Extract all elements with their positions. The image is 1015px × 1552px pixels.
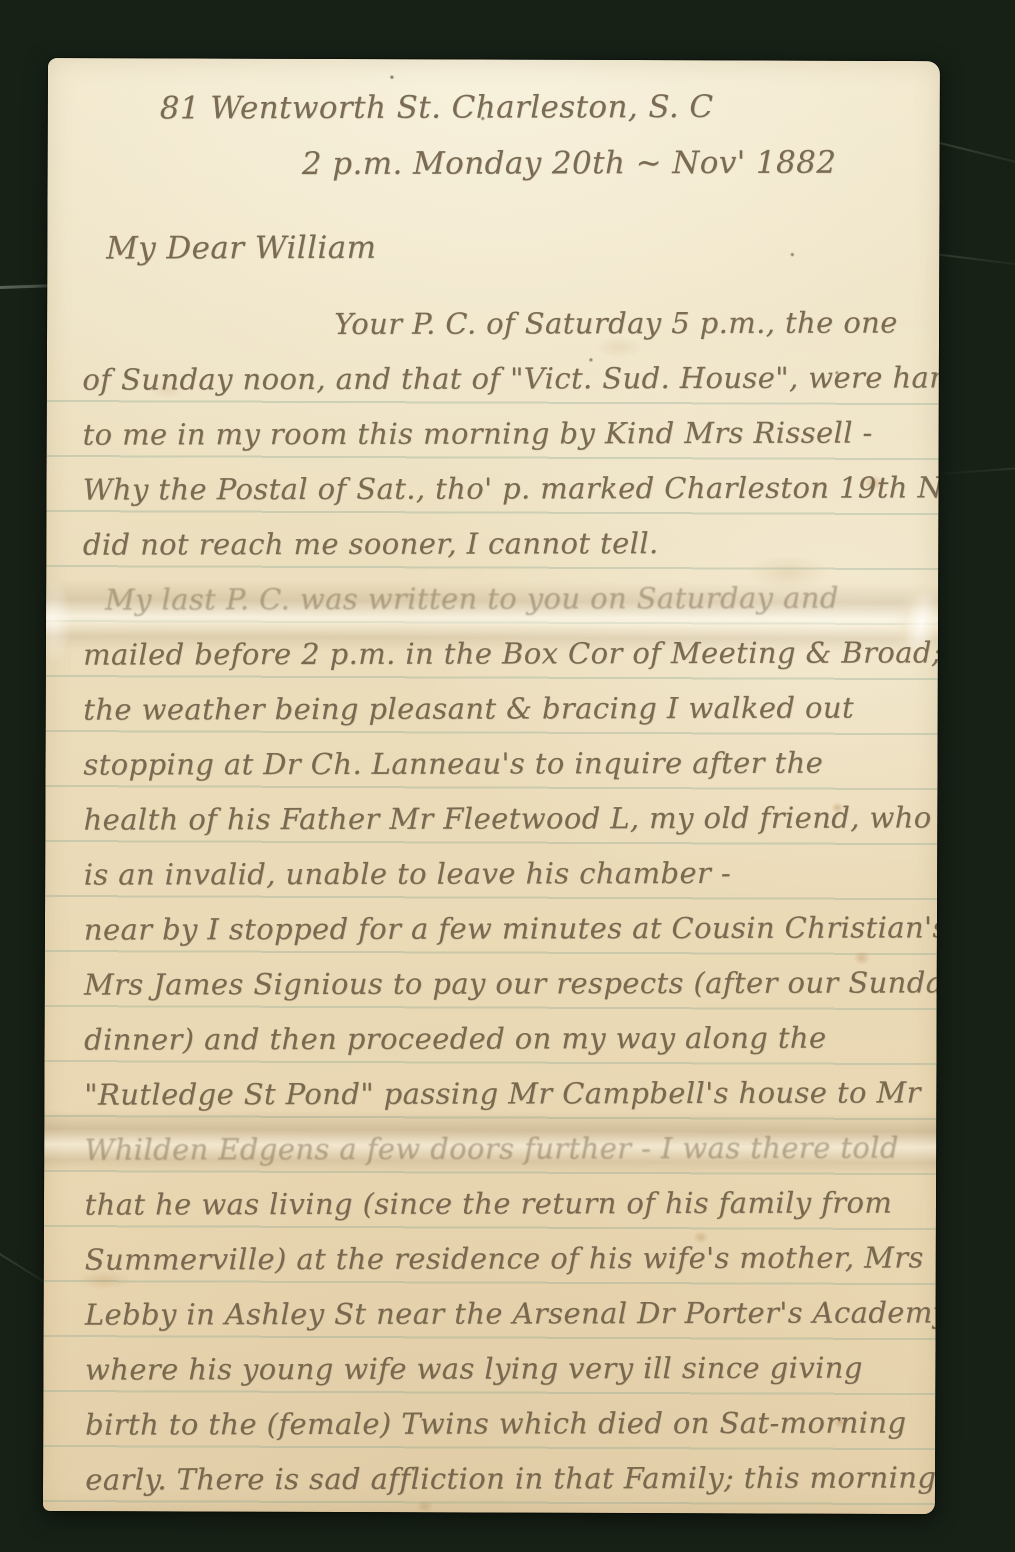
handwriting-layer: 81 Wentworth St. Charleston, S. C 2 p.m.… <box>44 58 940 1513</box>
letter-line: that he was living (since the return of … <box>84 1175 932 1232</box>
letter-line: to me in my room this morning by Kind Mr… <box>82 405 930 462</box>
letter-line: early. There is sad affliction in that F… <box>85 1450 933 1507</box>
letter-line: is an invalid, unable to leave his chamb… <box>84 845 932 902</box>
letter-line: "Rutledge St Pond" passing Mr Campbell's… <box>84 1065 932 1122</box>
address-line: 81 Wentworth St. Charleston, S. C <box>160 89 714 126</box>
letter-line: Why the Postal of Sat., tho' p. marked C… <box>83 460 931 517</box>
photo-background: 81 Wentworth St. Charleston, S. C 2 p.m.… <box>0 0 1015 1552</box>
letter-paper: 81 Wentworth St. Charleston, S. C 2 p.m.… <box>43 58 940 1514</box>
letter-line: near by I stopped for a few minutes at C… <box>84 900 932 957</box>
letter-line: stopping at Dr Ch. Lanneau's to inquire … <box>83 735 931 792</box>
letter-line: Summerville) at the residence of his wif… <box>85 1230 933 1287</box>
backdrop-crease <box>930 467 1015 476</box>
letter-line: My last P. C. was written to you on Satu… <box>83 570 931 627</box>
letter-line: Whilden Edgens a few doors further - I w… <box>84 1120 932 1177</box>
salutation: My Dear William <box>106 230 376 267</box>
letter-body: Your P. C. of Saturday 5 p.m., the oneof… <box>82 295 933 1507</box>
letter-line: Lebby in Ashley St near the Arsenal Dr P… <box>85 1285 933 1342</box>
letter-line: the weather being pleasant & bracing I w… <box>83 680 931 737</box>
letter-line: Your P. C. of Saturday 5 p.m., the one <box>82 295 930 352</box>
letter-line: where his young wife was lying very ill … <box>85 1340 933 1397</box>
letter-line: birth to the (female) Twins which died o… <box>85 1395 933 1452</box>
letter-line: dinner) and then proceeded on my way alo… <box>84 1010 932 1067</box>
date-line: 2 p.m. Monday 20th ~ Nov' 1882 <box>302 145 837 182</box>
letter-line: of Sunday noon, and that of "Vict. Sud. … <box>82 350 930 407</box>
letter-line: did not reach me sooner, I cannot tell. <box>83 515 931 572</box>
letter-line: health of his Father Mr Fleetwood L, my … <box>83 790 931 847</box>
letter-line: Mrs James Signious to pay our respects (… <box>84 955 932 1012</box>
letter-line: mailed before 2 p.m. in the Box Cor of M… <box>83 625 931 682</box>
